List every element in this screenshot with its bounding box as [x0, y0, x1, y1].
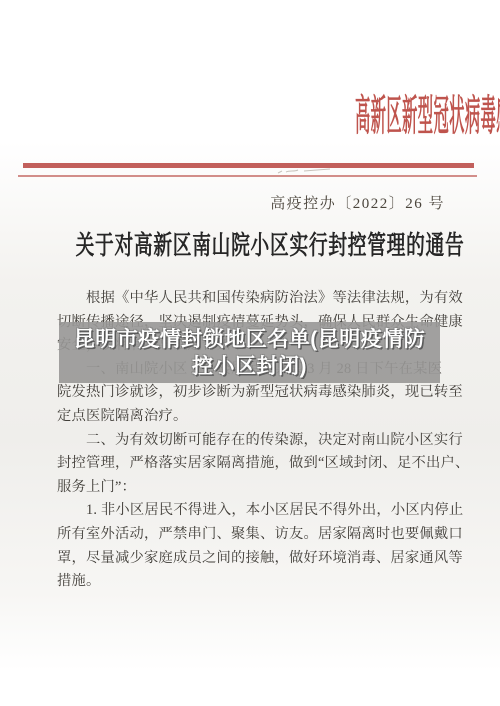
body-line: 根据《中华人民共和国传染病防治法》等法律法规，为有效 [57, 287, 449, 311]
body-line: 院发热门诊就诊，初步诊断为新型冠状病毒感染肺炎，现已转至 [57, 381, 449, 405]
caption-overlay: 昆明市疫情封锁地区名单(昆明疫情防 控小区封闭) [59, 322, 440, 383]
notice-title: 关于对高新区南山院小区实行封控管理的通告 [0, 231, 500, 261]
doc-number: 高疫控办〔2022〕26 号 [270, 196, 445, 213]
letterhead-title: 高新区新型冠状病毒感染的肺炎疫情防控应急指挥部办公室 [0, 93, 500, 141]
red-rule-thin [18, 175, 477, 177]
notice-title-text: 关于对高新区南山院小区实行封控管理的通告 [76, 231, 465, 261]
body-line: 定点医院隔离治疗。 [57, 405, 449, 429]
caption-line-1: 昆明市疫情封锁地区名单(昆明疫情防 [74, 326, 426, 353]
letterhead-title-text: 高新区新型冠状病毒感染的肺炎疫情防控应急指挥部办公室 [355, 93, 500, 141]
body-line: 所有室外活动，严禁串门、聚集、访友。居家隔离时也要佩戴口 [57, 523, 449, 547]
body-line: 罩，尽量减少家庭成员之间的接触，做好环境消毒、居家通风等 [57, 547, 449, 571]
body-line: 封控管理，严格落实居家隔离措施，做到“区域封闭、足不出户、 [57, 452, 449, 476]
caption-line-2: 控小区封闭) [192, 353, 307, 380]
scanned-notice-page: 高新区新型冠状病毒感染的肺炎疫情防控应急指挥部办公室 高疫控办〔2022〕26 … [0, 0, 500, 706]
body-line: 措施。 [57, 570, 449, 594]
handwriting-smudge [276, 166, 334, 175]
body-line: 二、为有效切断可能存在的传染源，决定对南山院小区实行 [57, 429, 449, 453]
red-rule-thick [23, 163, 474, 168]
body-line: 服务上门”： [57, 476, 449, 500]
body-line: 1. 非小区居民不得进入，本小区居民不得外出，小区内停止 [57, 499, 449, 523]
